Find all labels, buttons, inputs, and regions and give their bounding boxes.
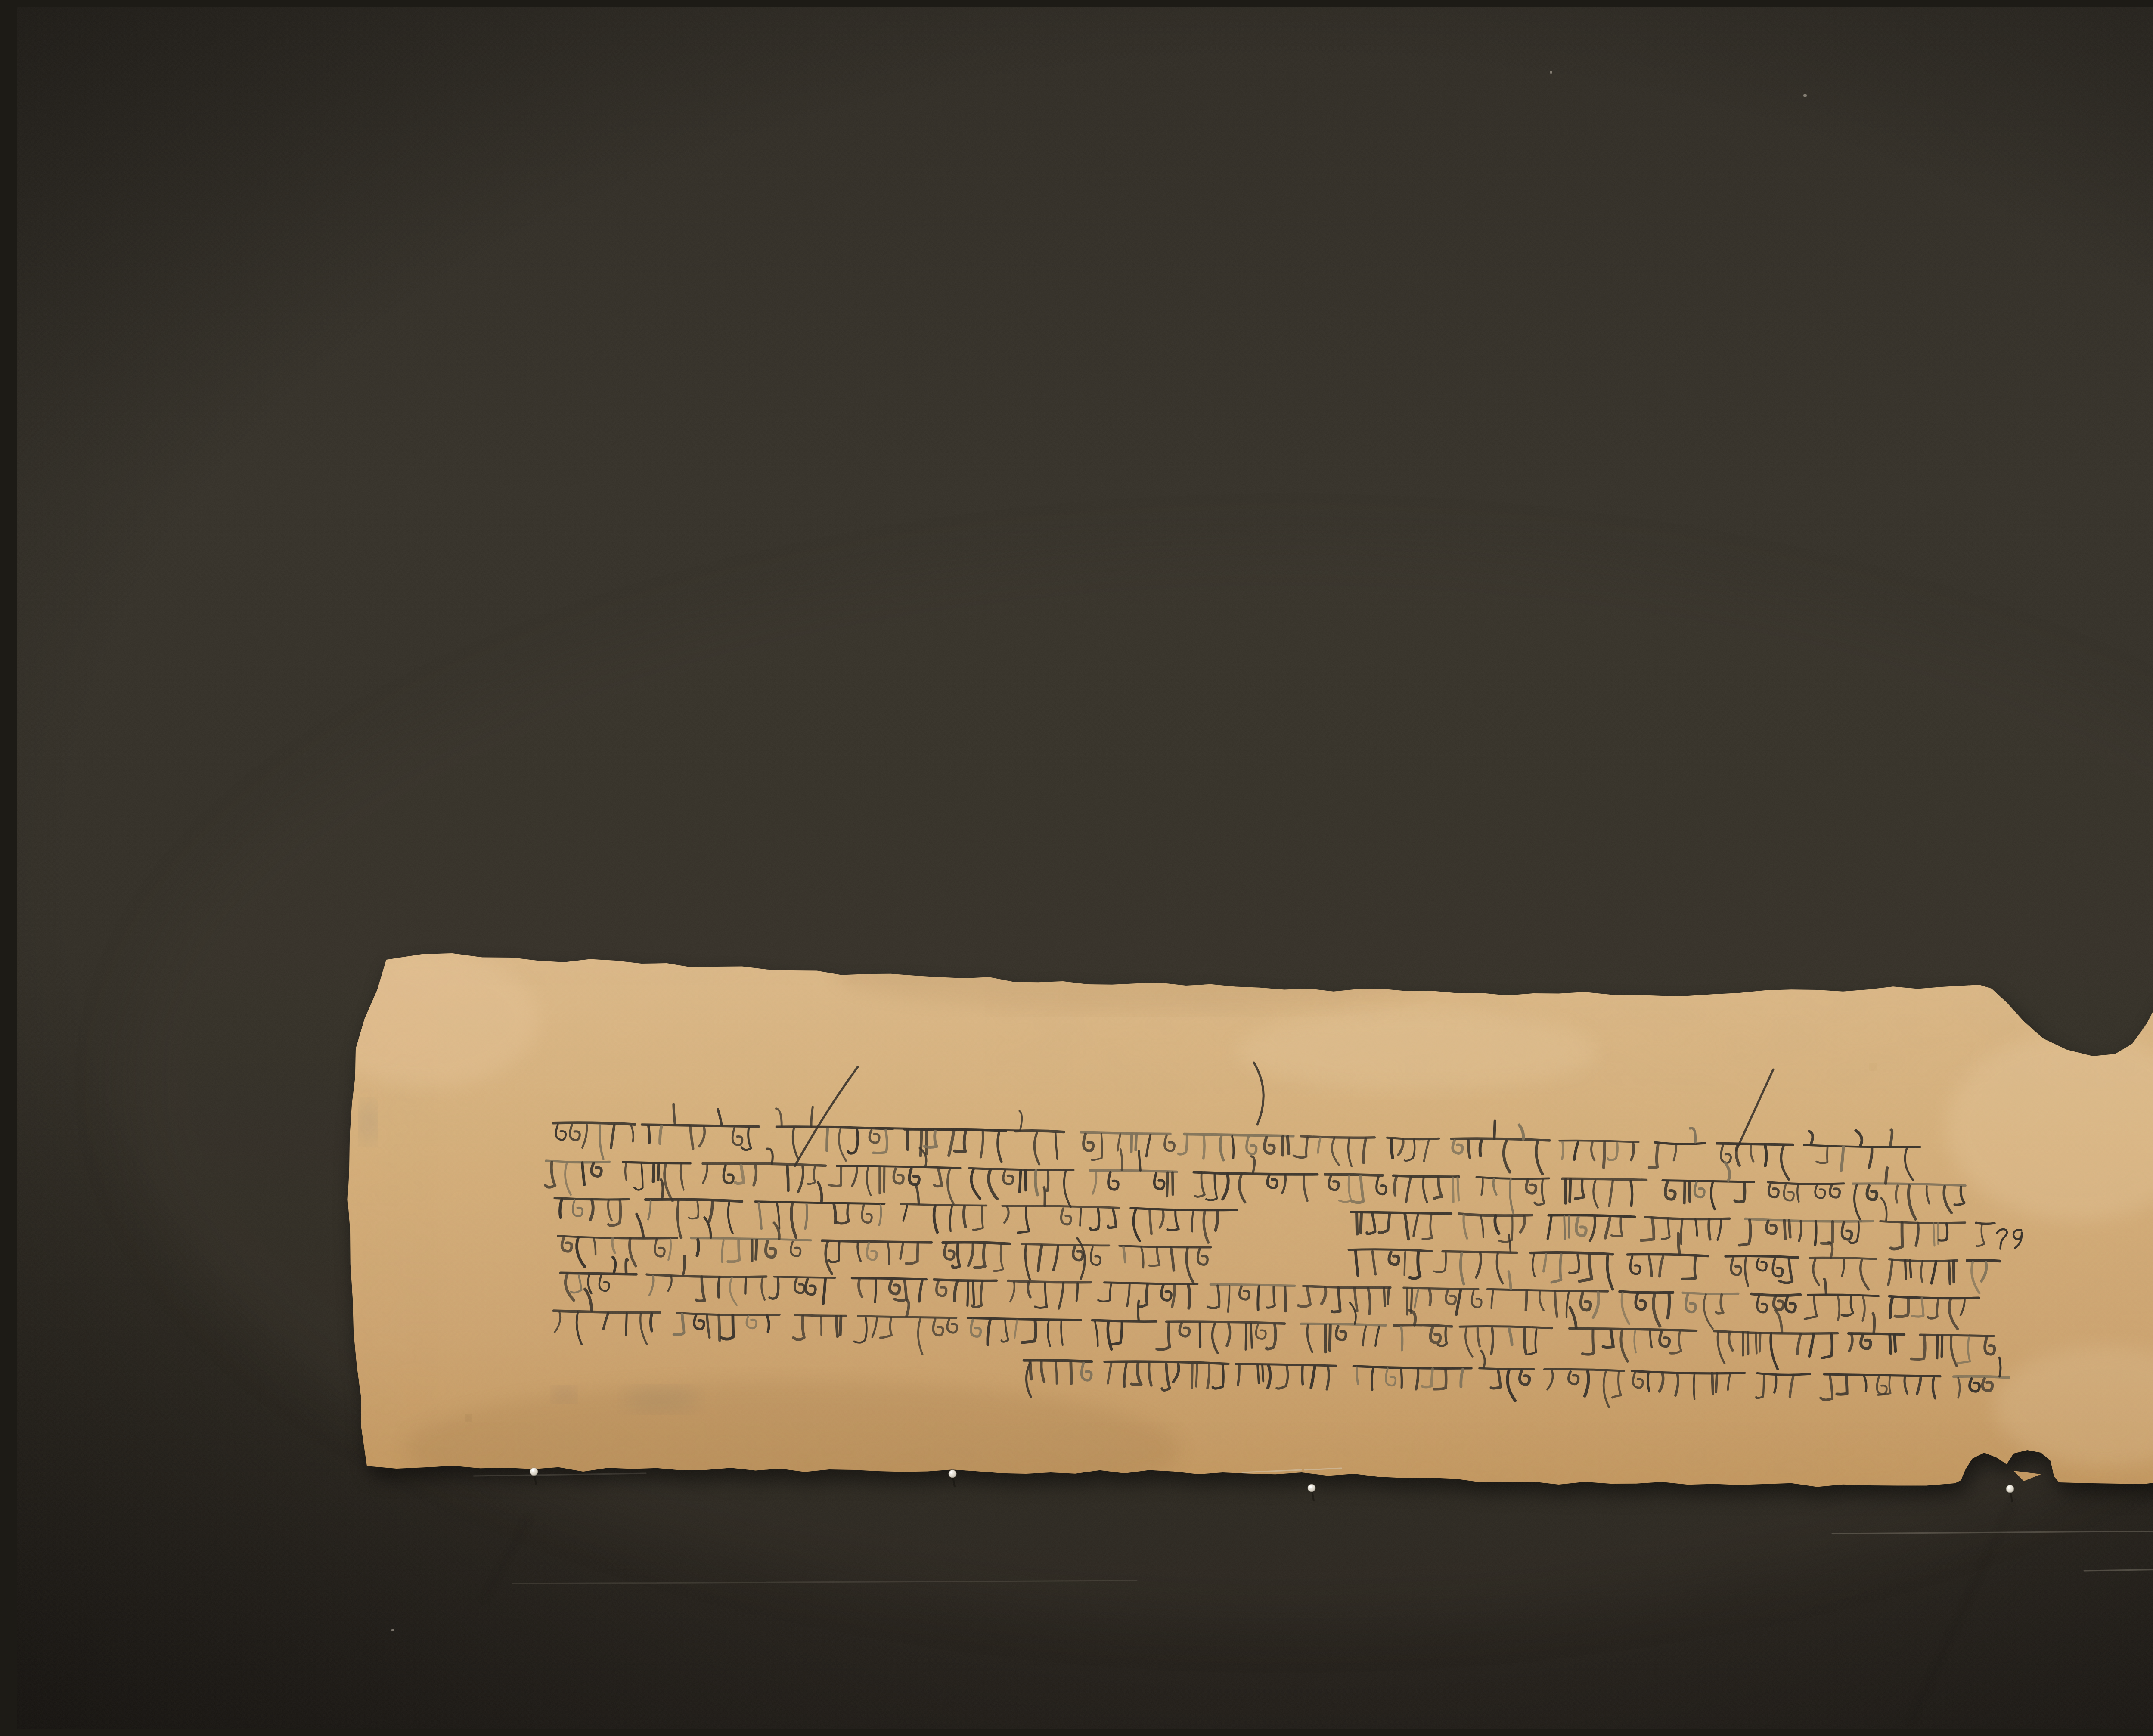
grain-rect [17, 7, 2153, 1729]
photo-canvas: Aged handwritten manuscript leaf pinned … [17, 7, 2153, 1729]
photo-grain-overlay [17, 7, 2153, 1729]
manuscript-photograph: Aged handwritten manuscript leaf pinned … [17, 7, 2153, 1729]
